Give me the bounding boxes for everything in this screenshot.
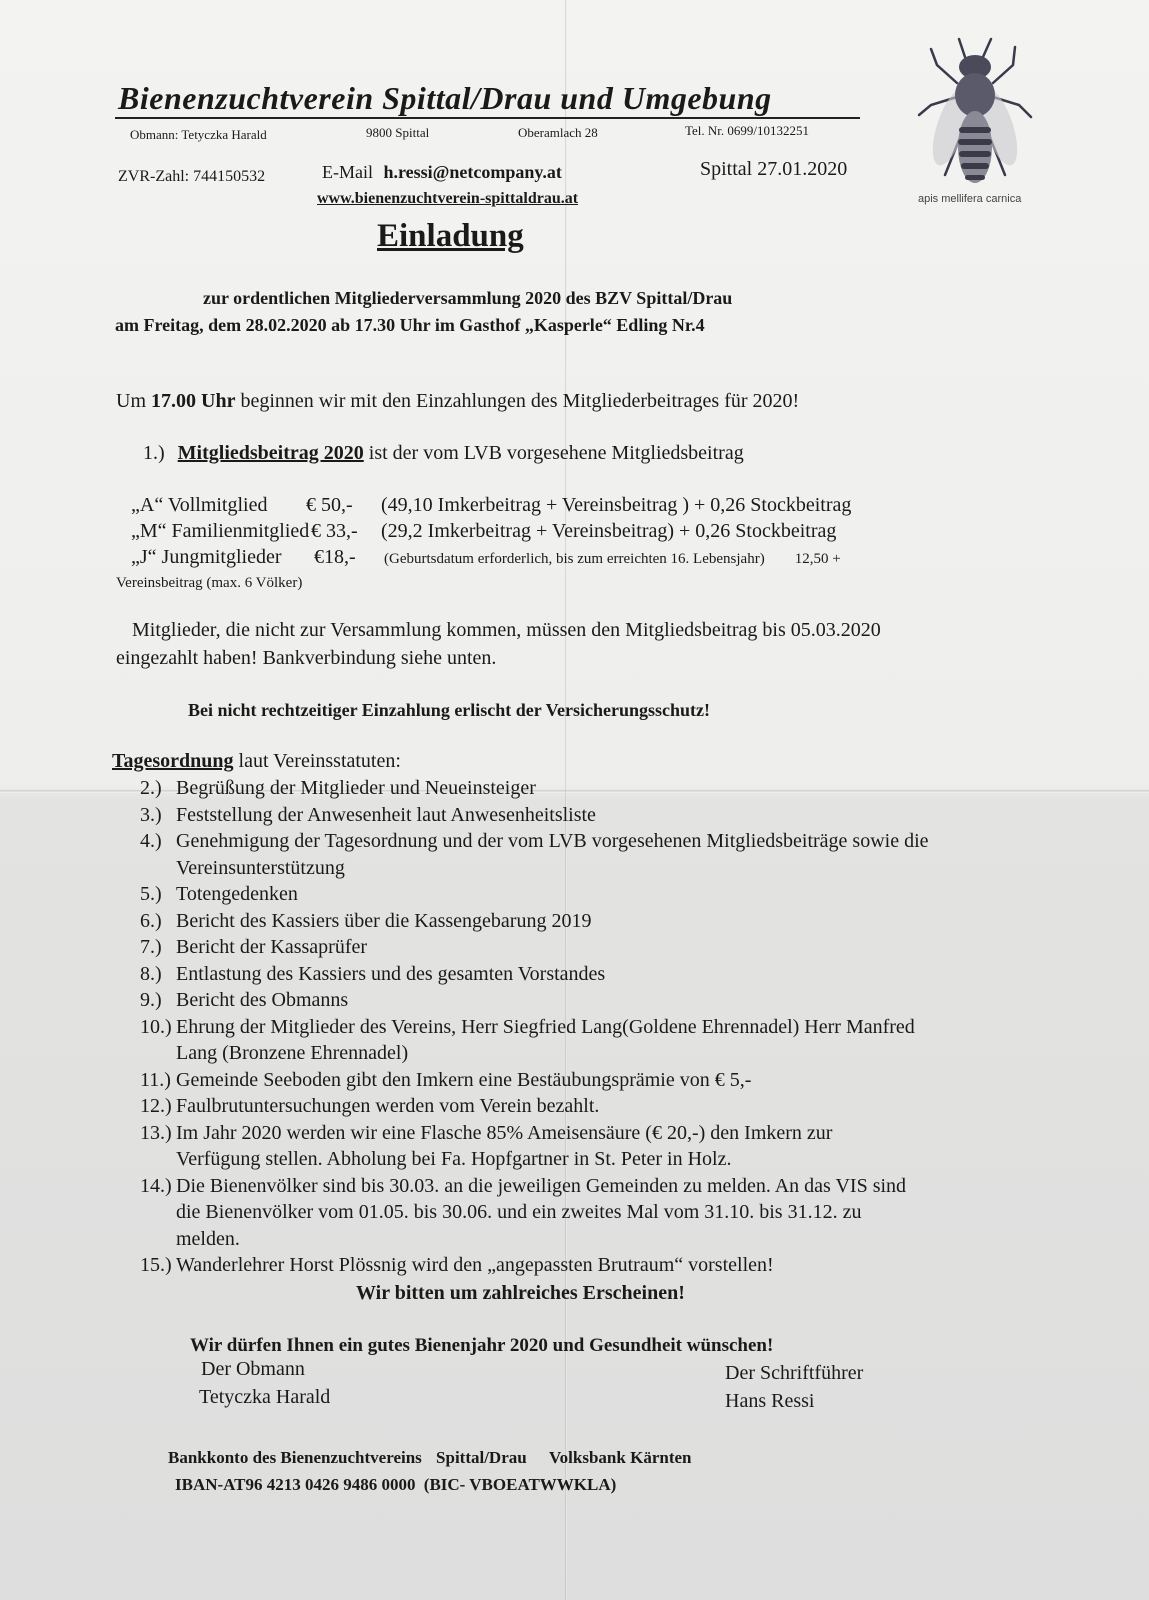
bank-line-2: IBAN-AT96 4213 0426 9486 0000 (BIC- VBOE… — [175, 1475, 616, 1495]
agenda-item-number: 8.) — [140, 961, 176, 988]
agenda-item-text: Bericht der Kassaprüfer — [176, 936, 367, 958]
email-line: E-Mail h.ressi@netcompany.at — [322, 162, 562, 183]
agenda-item-text: melden. — [176, 1228, 240, 1250]
street-address: Oberamlach 28 — [518, 125, 598, 141]
closing-wishes: Wir dürfen Ihnen ein gutes Bienenjahr 20… — [190, 1335, 773, 1357]
payment-start: Um 17.00 Uhr beginnen wir mit den Einzah… — [116, 390, 799, 413]
attendance-request: Wir bitten um zahlreiches Erscheinen! — [356, 1282, 685, 1305]
agenda-item-number: 12.) — [140, 1093, 176, 1120]
agenda-item-text: Totengedenken — [176, 883, 298, 905]
agenda-item-text: Begrüßung der Mitglieder und Neueinsteig… — [176, 777, 536, 799]
agenda-item: 7.)Bericht der Kassaprüfer — [140, 934, 929, 961]
agenda-item: 12.)Faulbrutuntersuchungen werden vom Ve… — [140, 1093, 929, 1120]
agenda-item-number: 10.) — [140, 1014, 176, 1041]
agenda-item-number: 14.) — [140, 1173, 176, 1200]
agenda-item-text: Vereinsunterstützung — [176, 857, 345, 879]
agenda-item-number: 2.) — [140, 775, 176, 802]
agenda-item-continued: Vereinsunterstützung — [140, 855, 929, 882]
agenda-item-text: Die Bienenvölker sind bis 30.03. an die … — [176, 1175, 906, 1197]
agenda-item-text: Wanderlehrer Horst Plössnig wird den „an… — [176, 1254, 774, 1276]
agenda-item-number: 6.) — [140, 908, 176, 935]
agenda-item: 11.)Gemeinde Seeboden gibt den Imkern ei… — [140, 1067, 929, 1094]
agenda-item-continued: Verfügung stellen. Abholung bei Fa. Hopf… — [140, 1146, 929, 1173]
signatory-left-name: Tetyczka Harald — [199, 1386, 330, 1409]
agenda-item-text: Bericht des Kassiers über die Kassengeba… — [176, 910, 591, 932]
agenda-item-number: 5.) — [140, 881, 176, 908]
agenda-item-text: Gemeinde Seeboden gibt den Imkern eine B… — [176, 1069, 751, 1091]
agenda-item: 9.)Bericht des Obmanns — [140, 987, 929, 1014]
agenda-item-text: Faulbrutuntersuchungen werden vom Verein… — [176, 1095, 599, 1117]
fee-heading: Mitgliedsbeitrag 2020 — [178, 442, 364, 464]
signatory-right-role: Der Schriftführer — [725, 1362, 863, 1385]
deadline-line-1: Mitglieder, die nicht zur Versammlung ko… — [132, 619, 881, 642]
email-link[interactable]: h.ressi@netcompany.at — [384, 162, 562, 182]
agenda-item: 2.)Begrüßung der Mitglieder und Neueinst… — [140, 775, 929, 802]
agenda-item-text: Verfügung stellen. Abholung bei Fa. Hopf… — [176, 1148, 731, 1170]
signatory-left-role: Der Obmann — [201, 1358, 305, 1381]
deadline-line-2: eingezahlt haben! Bankverbindung siehe u… — [116, 647, 496, 670]
agenda-item: 3.)Feststellung der Anwesenheit laut Anw… — [140, 802, 929, 829]
agenda-list: 2.)Begrüßung der Mitglieder und Neueinst… — [140, 775, 929, 1279]
agenda-item: 10.)Ehrung der Mitglieder des Vereins, H… — [140, 1014, 929, 1041]
agenda-item-text: Genehmigung der Tagesordnung und der vom… — [176, 830, 929, 852]
agenda-item: 13.)Im Jahr 2020 werden wir eine Flasche… — [140, 1120, 929, 1147]
agenda-item-text: Ehrung der Mitglieder des Vereins, Herr … — [176, 1016, 915, 1038]
zvr-number: ZVR-Zahl: 744150532 — [118, 168, 265, 186]
agenda-item-number: 13.) — [140, 1120, 176, 1147]
fee-heading-line: 1.) Mitgliedsbeitrag 2020 ist der vom LV… — [143, 442, 744, 465]
agenda-heading: Tagesordnung — [112, 750, 234, 772]
signatory-right-name: Hans Ressi — [725, 1390, 814, 1413]
agenda-item: 5.)Totengedenken — [140, 881, 929, 908]
agenda-item-continued: melden. — [140, 1226, 929, 1253]
agenda-item-continued: Lang (Bronzene Ehrennadel) — [140, 1040, 929, 1067]
agenda-item: 6.)Bericht des Kassiers über die Kasseng… — [140, 908, 929, 935]
agenda-item-text: Entlastung des Kassiers und des gesamten… — [176, 963, 605, 985]
agenda-item-number: 15.) — [140, 1252, 176, 1279]
phone-number: Tel. Nr. 0699/10132251 — [685, 123, 809, 139]
agenda-item-number: 11.) — [140, 1067, 176, 1094]
agenda-item-text: Bericht des Obmanns — [176, 989, 348, 1011]
bank-line-1: Bankkonto des Bienenzuchtvereins Spittal… — [168, 1448, 691, 1468]
fee-row-j: „J“ Jungmitglieder€18,-(Geburtsdatum erf… — [131, 546, 841, 569]
bee-caption: apis mellifera carnica — [918, 193, 1021, 205]
document-title: Einladung — [377, 218, 524, 255]
place-date: Spittal 27.01.2020 — [700, 158, 847, 181]
bic: (BIC- VBOEATWWKLA) — [424, 1475, 617, 1494]
website-link[interactable]: www.bienenzuchtverein-spittaldrau.at — [317, 190, 578, 208]
invitation-letter: Bienenzuchtverein Spittal/Drau und Umgeb… — [0, 0, 1149, 1600]
agenda-item: 8.)Entlastung des Kassiers und des gesam… — [140, 961, 929, 988]
agenda-item-text: die Bienenvölker vom 01.05. bis 30.06. u… — [176, 1201, 861, 1223]
fee-row-a: „A“ Vollmitglied€ 50,-(49,10 Imkerbeitra… — [131, 494, 851, 517]
org-name: Bienenzuchtverein Spittal/Drau und Umgeb… — [118, 80, 772, 117]
agenda-item: 15.)Wanderlehrer Horst Plössnig wird den… — [140, 1252, 929, 1279]
agenda-item-number: 7.) — [140, 934, 176, 961]
agenda-item-number: 9.) — [140, 987, 176, 1014]
agenda-item-text: Lang (Bronzene Ehrennadel) — [176, 1042, 408, 1064]
bee-icon — [915, 35, 1035, 195]
agenda-item-continued: die Bienenvölker vom 01.05. bis 30.06. u… — [140, 1199, 929, 1226]
intro-line-2: am Freitag, dem 28.02.2020 ab 17.30 Uhr … — [115, 315, 705, 336]
iban: IBAN-AT96 4213 0426 9486 0000 — [175, 1475, 416, 1494]
chairman: Obmann: Tetyczka Harald — [130, 127, 267, 143]
agenda-item-number: 3.) — [140, 802, 176, 829]
intro-line-1: zur ordentlichen Mitgliederversammlung 2… — [203, 288, 732, 309]
agenda-item-number: 4.) — [140, 828, 176, 855]
fee-row-m: „M“ Familienmitglied€ 33,-(29,2 Imkerbei… — [131, 520, 836, 543]
agenda-heading-line: Tagesordnung laut Vereinsstatuten: — [112, 750, 401, 773]
email-label: E-Mail — [322, 162, 373, 182]
agenda-item-text: Im Jahr 2020 werden wir eine Flasche 85%… — [176, 1122, 832, 1144]
letterhead-rule — [115, 117, 860, 119]
postal-city: 9800 Spittal — [366, 125, 429, 141]
fee-row-j-continued: Vereinsbeitrag (max. 6 Völker) — [116, 575, 302, 592]
agenda-item-text: Feststellung der Anwesenheit laut Anwese… — [176, 804, 596, 826]
agenda-item: 14.)Die Bienenvölker sind bis 30.03. an … — [140, 1173, 929, 1200]
agenda-item: 4.)Genehmigung der Tagesordnung und der … — [140, 828, 929, 855]
insurance-warning: Bei nicht rechtzeitiger Einzahlung erlis… — [188, 700, 710, 721]
payment-time: 17.00 Uhr — [151, 390, 235, 412]
